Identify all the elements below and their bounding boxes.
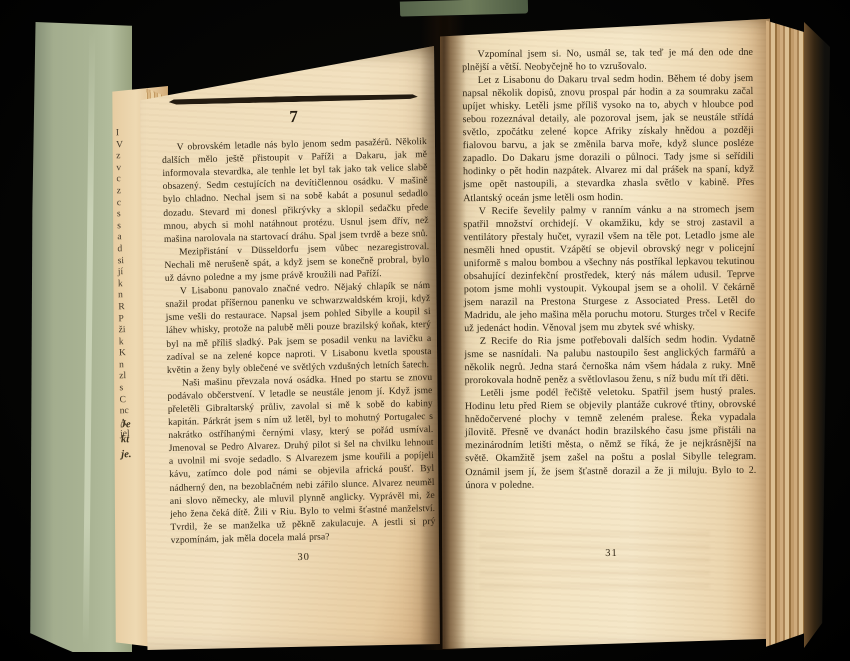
chapter-number: 7 [161, 107, 426, 126]
left-page-text: 7 V obrovském letadle nás bylo jenom sed… [161, 93, 437, 567]
left-page: 7 V obrovském letadle nás bylo jenom sed… [140, 46, 440, 650]
book-spread-photo: I V z v c z c s s a d si jí k n R P ži k… [0, 0, 850, 661]
book-paragraph: Letěli jsme podél řečiště veletoku. Spat… [465, 385, 757, 492]
chapter-rule [169, 93, 418, 105]
book-paragraph: Vzpomínal jsem si. No, usmál se, tak teď… [462, 46, 753, 74]
cover-top-sliver [400, 0, 528, 17]
right-page: Vzpomínal jsem si. No, usmál se, tak teď… [440, 15, 770, 649]
book-paragraph: Naši mašinu převzala nová osádka. Hned p… [167, 371, 436, 547]
right-page-text: Vzpomínal jsem si. No, usmál se, tak teď… [462, 46, 757, 561]
book-paragraph: Z Recife do Ria jsme potřebovali dalších… [464, 333, 755, 387]
book-paragraph: V obrovském letadle nás bylo jenom sedm … [162, 135, 429, 246]
book-paragraph: V Recife ševelily palmy v ranním vánku a… [463, 202, 755, 335]
book-paragraph: Let z Lisabonu do Dakaru trval sedm hodi… [462, 72, 754, 205]
book-paragraph: Mezipřistání v Düsseldorfu jsem vůbec ne… [164, 240, 430, 285]
cover-edge-right [804, 22, 830, 648]
page-number-right: 31 [466, 545, 757, 560]
book-paragraph: V Lisabonu panovalo značné vedro. Nějaký… [165, 279, 432, 377]
page-number-left: 30 [171, 548, 436, 567]
